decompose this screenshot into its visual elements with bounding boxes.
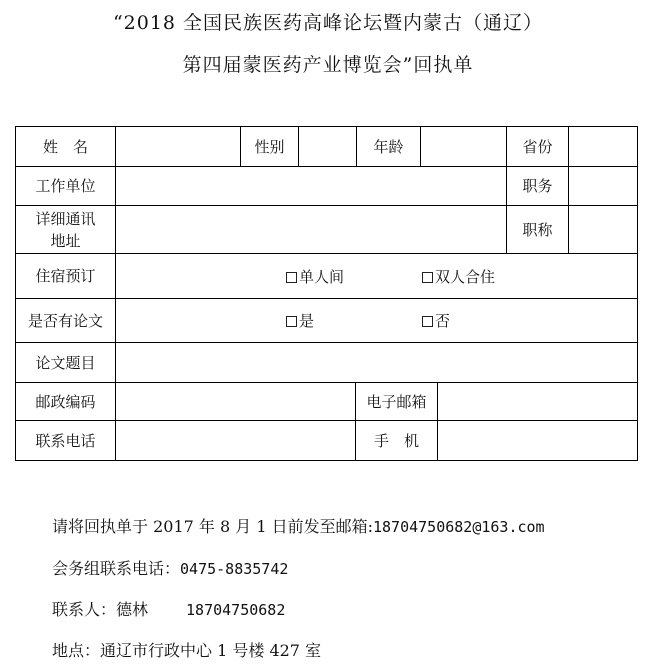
note-contact-name: 联系人：德林: [52, 600, 148, 619]
checkbox-icon[interactable]: [286, 272, 297, 283]
note-conference-phone: 会务组联系电话：0475-8835742: [52, 556, 288, 579]
note-phone-number: 0475-8835742: [180, 560, 288, 578]
postcode-field[interactable]: [115, 382, 356, 421]
paper-title-field[interactable]: [115, 342, 638, 383]
note-email[interactable]: 18704750682@163.com: [373, 518, 545, 536]
gender-field[interactable]: [298, 126, 357, 167]
label-work-unit: 工作单位: [15, 166, 116, 206]
name-field[interactable]: [115, 126, 241, 167]
paper-option-yes[interactable]: 是: [286, 310, 314, 332]
option-label: 双人合住: [435, 266, 495, 288]
registration-form-table: 姓 名 性别 年龄 省份 工作单位 职务 详细通讯 地址 职称 住宿预订 单人间…: [15, 126, 638, 461]
option-label: 否: [435, 310, 450, 332]
note-deadline-text: 请将回执单于 2017 年 8 月 1 日前发至邮箱:: [52, 517, 373, 536]
label-age: 年龄: [356, 126, 421, 167]
label-name: 姓 名: [15, 126, 116, 167]
paper-options: 是 否: [115, 298, 638, 343]
accommodation-option-double[interactable]: 双人合住: [422, 266, 495, 288]
mobile-field[interactable]: [437, 420, 638, 461]
age-field[interactable]: [420, 126, 507, 167]
label-gender: 性别: [240, 126, 299, 167]
accommodation-options: 单人间 双人合住: [115, 253, 638, 299]
label-province: 省份: [506, 126, 569, 167]
note-location: 地点：通辽市行政中心 1 号楼 427 室: [52, 638, 321, 661]
form-title-line-2: 第四届蒙医药产业博览会”回执单: [0, 50, 656, 77]
checkbox-icon[interactable]: [422, 272, 433, 283]
note-contact-person: 联系人：德林18704750682: [52, 597, 285, 620]
label-accommodation: 住宿预订: [15, 253, 116, 299]
option-label: 单人间: [299, 266, 344, 288]
paper-option-no[interactable]: 否: [422, 310, 450, 332]
label-address-line-1: 详细通讯: [35, 208, 95, 230]
label-position: 职务: [506, 166, 569, 206]
label-title-rank: 职称: [506, 205, 569, 254]
email-field[interactable]: [437, 382, 638, 421]
label-paper-title: 论文题目: [15, 342, 116, 383]
label-email: 电子邮箱: [355, 382, 438, 421]
note-contact-phone: 18704750682: [186, 601, 285, 619]
label-mobile: 手 机: [355, 420, 438, 461]
title-rank-field[interactable]: [568, 205, 638, 254]
checkbox-icon[interactable]: [286, 316, 297, 327]
label-address: 详细通讯 地址: [15, 205, 116, 254]
phone-field[interactable]: [115, 420, 356, 461]
note-phone-label: 会务组联系电话：: [52, 559, 180, 578]
note-submission-deadline: 请将回执单于 2017 年 8 月 1 日前发至邮箱:18704750682@1…: [52, 514, 545, 537]
province-field[interactable]: [568, 126, 638, 167]
address-field[interactable]: [115, 205, 507, 254]
label-phone: 联系电话: [15, 420, 116, 461]
label-address-line-2: 地址: [50, 230, 80, 252]
option-label: 是: [299, 310, 314, 332]
work-unit-field[interactable]: [115, 166, 507, 206]
label-has-paper: 是否有论文: [15, 298, 116, 343]
label-postcode: 邮政编码: [15, 382, 116, 421]
checkbox-icon[interactable]: [422, 316, 433, 327]
position-field[interactable]: [568, 166, 638, 206]
accommodation-option-single[interactable]: 单人间: [286, 266, 344, 288]
form-title-line-1: “2018 全国民族医药高峰论坛暨内蒙古（通辽）: [0, 8, 656, 35]
